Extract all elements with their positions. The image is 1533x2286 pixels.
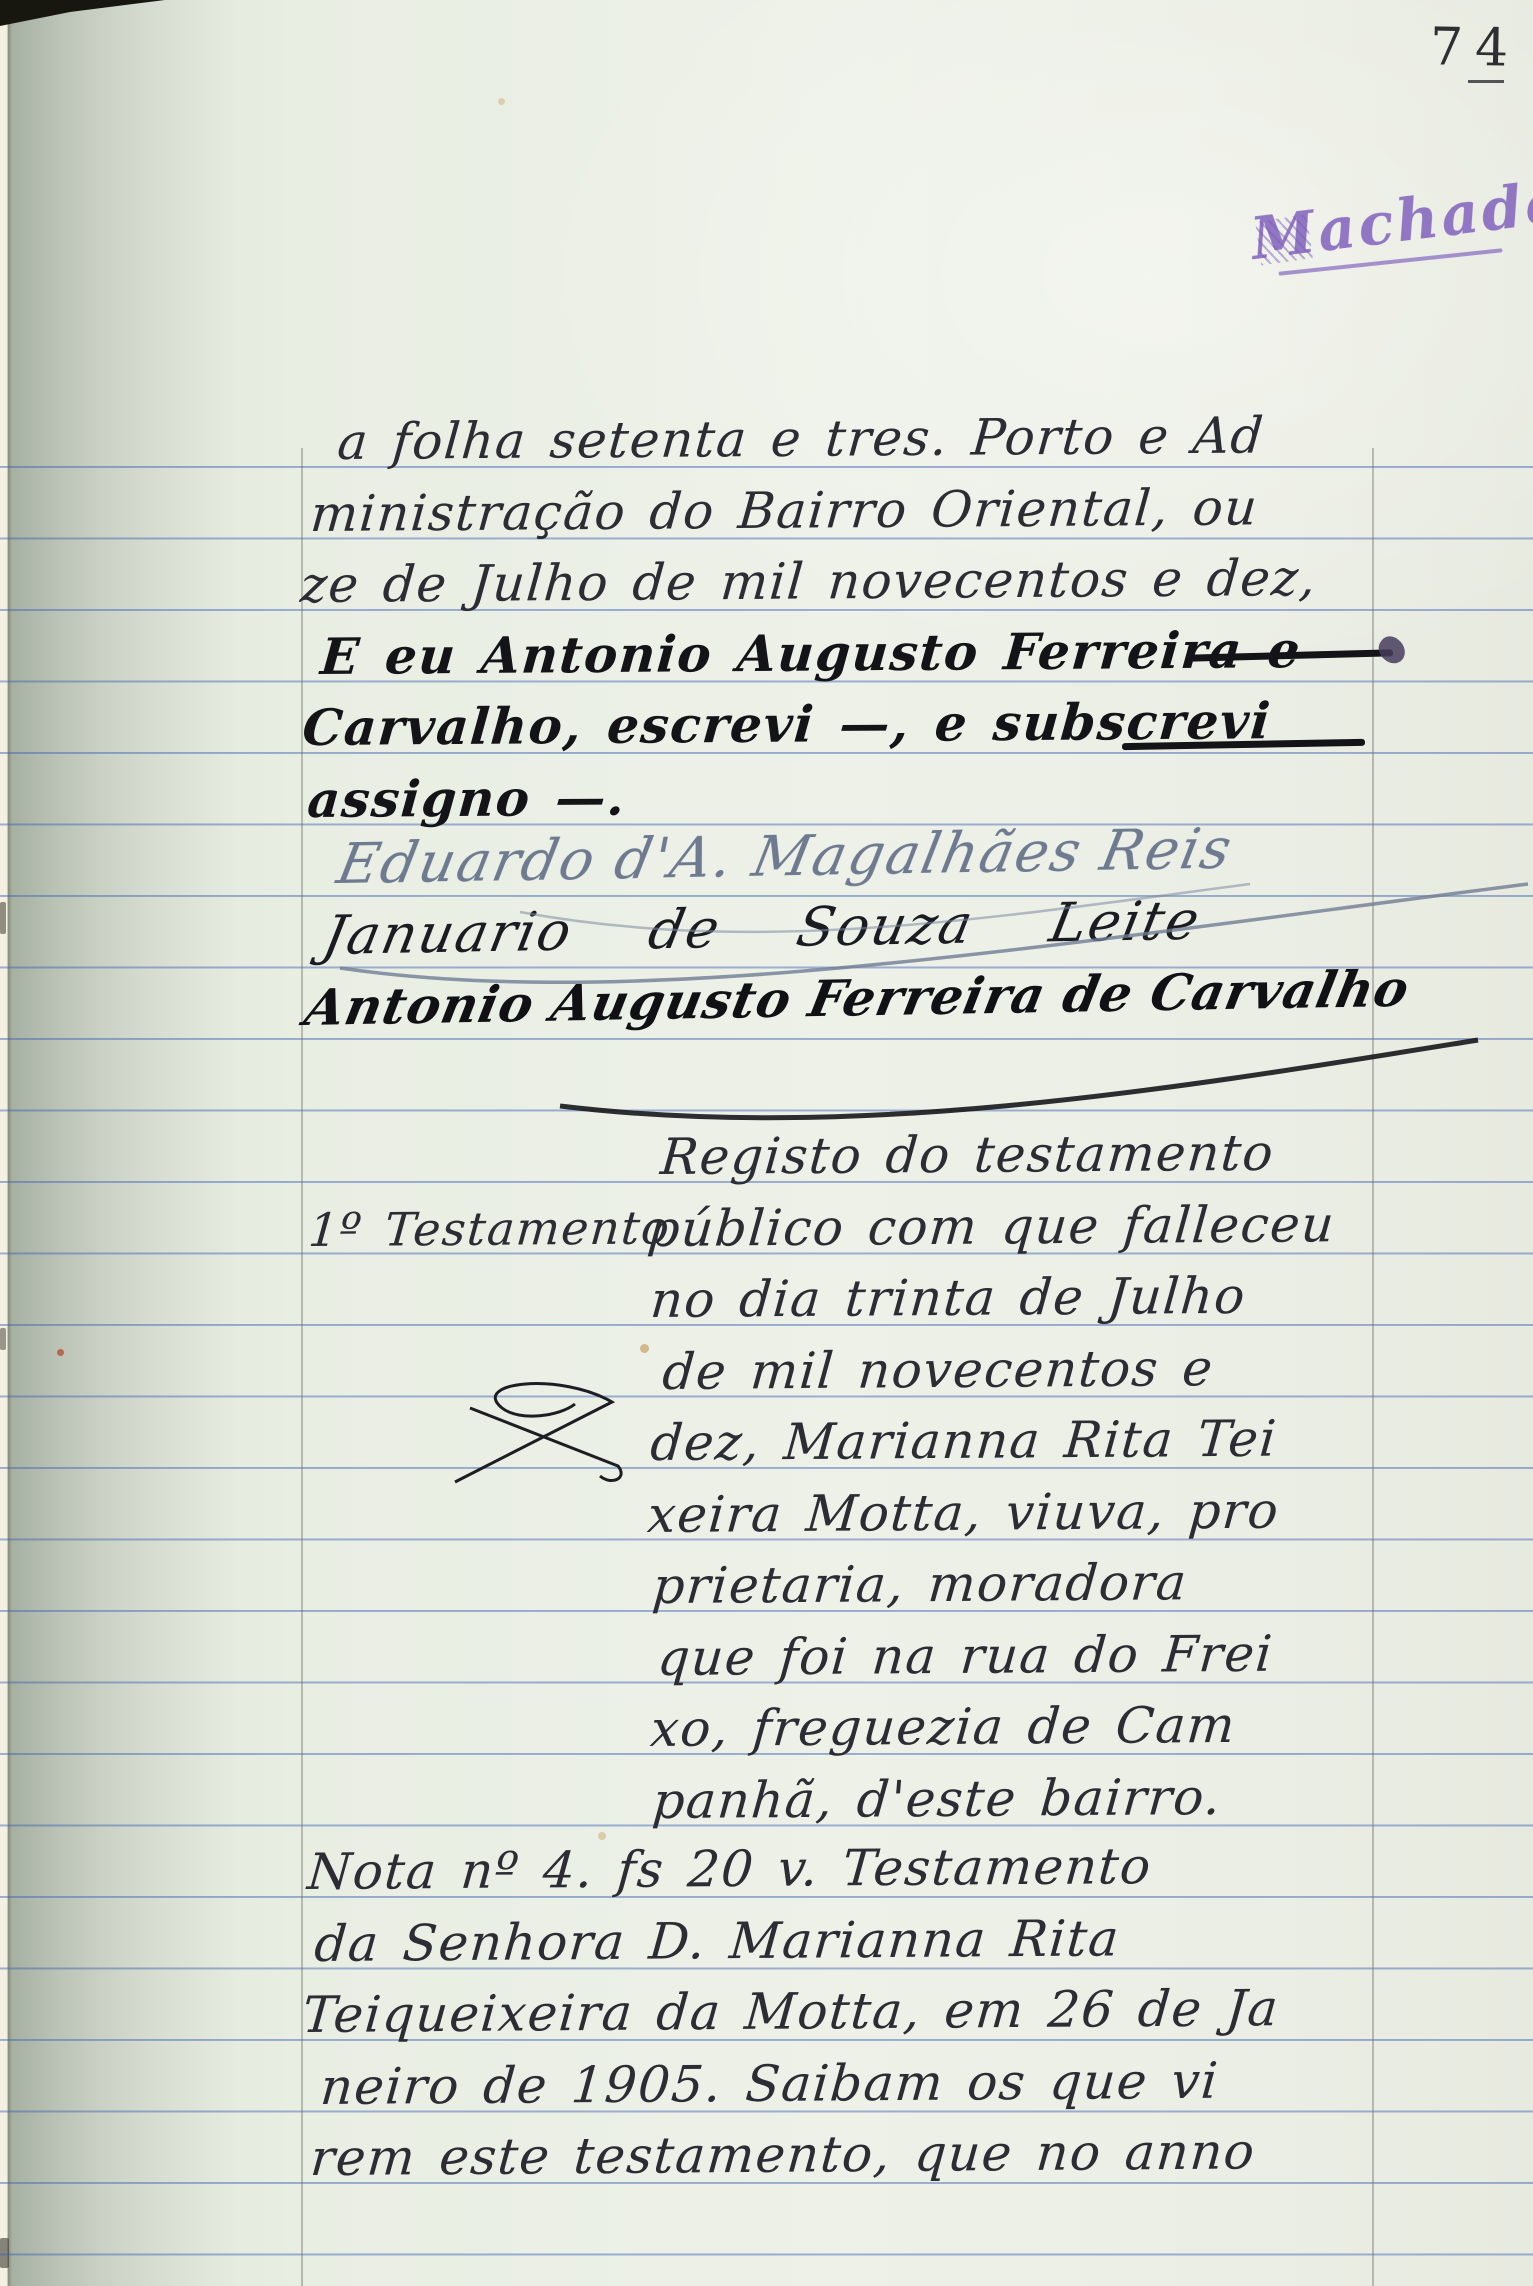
page-number-underline [1468,80,1504,83]
paper-stain [498,98,505,105]
handwritten-line: a folha setenta e tres. Porto e Ad [335,404,1267,476]
archive-stamp: Machado [1247,167,1533,273]
handwritten-line: da Senhora D. Marianna Rita [312,1906,1122,1978]
handwritten-line: público com que falleceu [645,1192,1338,1263]
margin-testament-label: 1º Testamento [306,1195,673,1264]
handwritten-line: rem este testamento, que no anno [308,2119,1258,2192]
handwritten-line: que foi na rua do Frei [655,1621,1276,1691]
handwritten-line: Carvalho, escrevi —, e subscrevi [300,689,1274,762]
handwritten-line: no dia trinta de Julho [648,1264,1249,1334]
right-margin-line [1372,448,1374,2286]
handwritten-line: neiro de 1905. Saibam os que vi [318,2048,1221,2120]
handwritten-line: de mil novecentos e [660,1336,1216,1406]
handwritten-line: prietaria, moradora [650,1550,1190,1620]
handwritten-line: Nota nº 4. fs 20 v. Testamento [305,1834,1154,1906]
handwritten-line: Registo do testamento [658,1121,1277,1191]
handwritten-line: E eu Antonio Augusto Ferreira e [318,618,1304,691]
handwritten-line: ministração do Bairro Oriental, ou [308,475,1261,548]
register-page: 74 Machado a folha setenta e tres. Porto… [0,0,1533,2286]
handwritten-line: xeira Motta, viuva, pro [645,1478,1282,1548]
page-number: 74 [1429,17,1520,79]
handwritten-line: assigno —. [305,765,629,833]
handwritten-line: panhã, d'este bairro. [650,1765,1224,1835]
handwritten-line: xo, freguezia de Cam [648,1693,1239,1763]
handwritten-line: ze de Julho de mil novecentos e dez, [298,546,1319,619]
handwritten-line: dez, Marianna Rita Tei [648,1407,1280,1477]
handwritten-line: Teiqueixeira da Motta, em 26 de Ja [300,1976,1282,2049]
